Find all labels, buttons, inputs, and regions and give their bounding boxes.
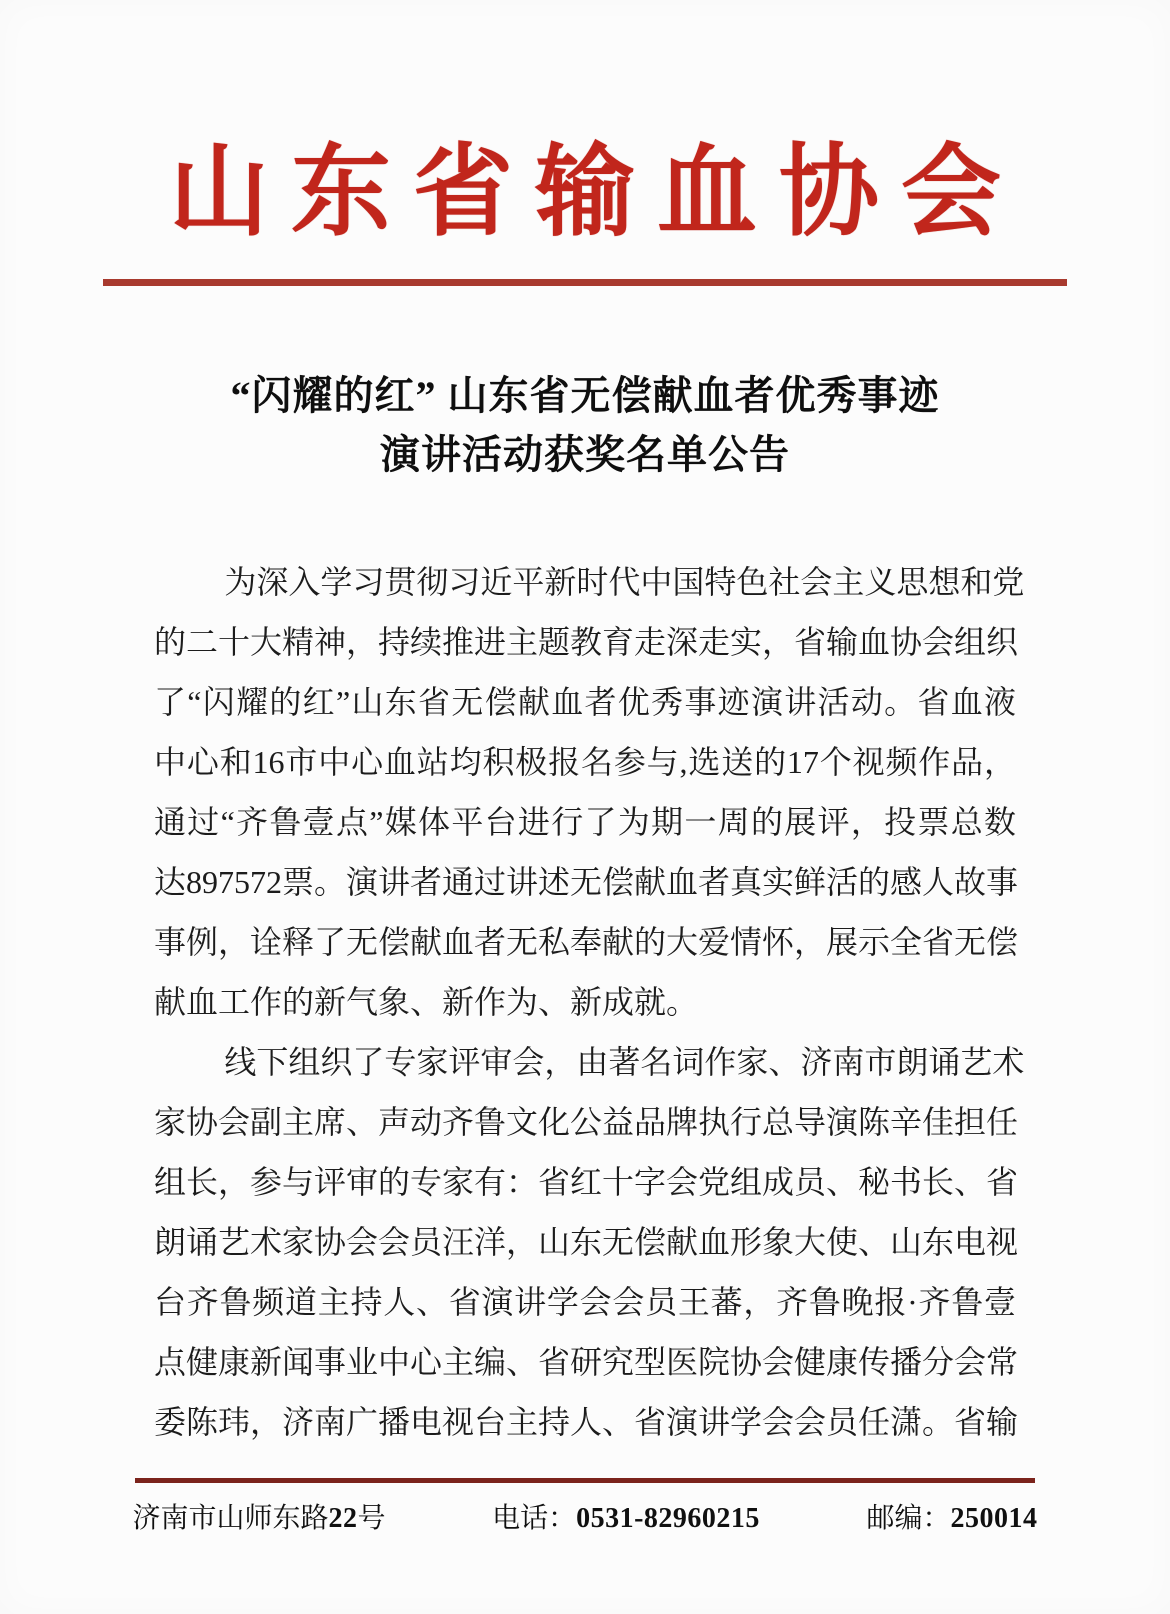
footer-postal: 邮编：250014 (866, 1499, 1037, 1539)
body-line: 通过“齐鲁壹点”媒体平台进行了为期一周的展评，投票总数 (154, 792, 1016, 852)
body-line: 献血工作的新气象、新作为、新成就。 (154, 972, 1016, 1032)
body-line: 朗诵艺术家协会会员汪洋，山东无偿献血形象大使、山东电视 (154, 1212, 1016, 1272)
footer-address-number: 22 (329, 1503, 358, 1534)
paragraph-1: 为深入学习贯彻习近平新时代中国特色社会主义思想和党 的二十大精神，持续推进主题教… (154, 552, 1016, 1032)
footer-phone: 电话：0531-82960215 (492, 1499, 760, 1539)
body-line: 达897572票。演讲者通过讲述无偿献血者真实鲜活的感人故事 (154, 852, 1016, 912)
letterhead-divider (103, 279, 1067, 286)
document-body: 为深入学习贯彻习近平新时代中国特色社会主义思想和党 的二十大精神，持续推进主题教… (154, 552, 1016, 1452)
footer-phone-number: 0531-82960215 (576, 1503, 760, 1534)
body-line: 点健康新闻事业中心主编、省研究型医院协会健康传播分会常 (154, 1332, 1016, 1392)
footer-divider (135, 1478, 1035, 1483)
footer-postal-number: 250014 (950, 1503, 1037, 1534)
body-line: 事例，诠释了无偿献血者无私奉献的大爱情怀，展示全省无偿 (154, 912, 1016, 972)
document-title-line1: “闪耀的红” 山东省无偿献血者优秀事迹 (0, 366, 1170, 425)
footer: 济南市山师东路22号 电话：0531-82960215 邮编：250014 (133, 1499, 1038, 1539)
footer-phone-label: 电话： (492, 1503, 576, 1534)
body-line: 为深入学习贯彻习近平新时代中国特色社会主义思想和党 (154, 552, 1016, 612)
document-title: “闪耀的红” 山东省无偿献血者优秀事迹 演讲活动获奖名单公告 (0, 366, 1170, 484)
footer-address: 济南市山师东路22号 (133, 1499, 386, 1539)
footer-address-suffix: 号 (358, 1503, 386, 1534)
body-line: 了“闪耀的红”山东省无偿献血者优秀事迹演讲活动。省血液 (154, 672, 1016, 732)
paragraph-2: 线下组织了专家评审会，由著名词作家、济南市朗诵艺术 家协会副主席、声动齐鲁文化公… (154, 1032, 1016, 1452)
body-line: 台齐鲁频道主持人、省演讲学会会员王蕃，齐鲁晚报·齐鲁壹 (154, 1272, 1016, 1332)
org-letterhead-title: 山东省输血协会 (0, 0, 1170, 248)
footer-postal-label: 邮编： (866, 1503, 950, 1534)
footer-address-street: 济南市山师东路 (133, 1503, 329, 1534)
body-line: 中心和16市中心血站均积极报名参与,选送的17个视频作品， (154, 732, 1016, 792)
body-line: 线下组织了专家评审会，由著名词作家、济南市朗诵艺术 (154, 1032, 1016, 1092)
body-line: 委陈玮，济南广播电视台主持人、省演讲学会会员任潇。省输 (154, 1392, 1016, 1452)
document-title-line2: 演讲活动获奖名单公告 (0, 425, 1170, 484)
body-line: 组长，参与评审的专家有：省红十字会党组成员、秘书长、省 (154, 1152, 1016, 1212)
body-line: 的二十大精神，持续推进主题教育走深走实，省输血协会组织 (154, 612, 1016, 672)
body-line: 家协会副主席、声动齐鲁文化公益品牌执行总导演陈辛佳担任 (154, 1092, 1016, 1152)
document-page: 山东省输血协会 “闪耀的红” 山东省无偿献血者优秀事迹 演讲活动获奖名单公告 为… (0, 0, 1170, 1614)
